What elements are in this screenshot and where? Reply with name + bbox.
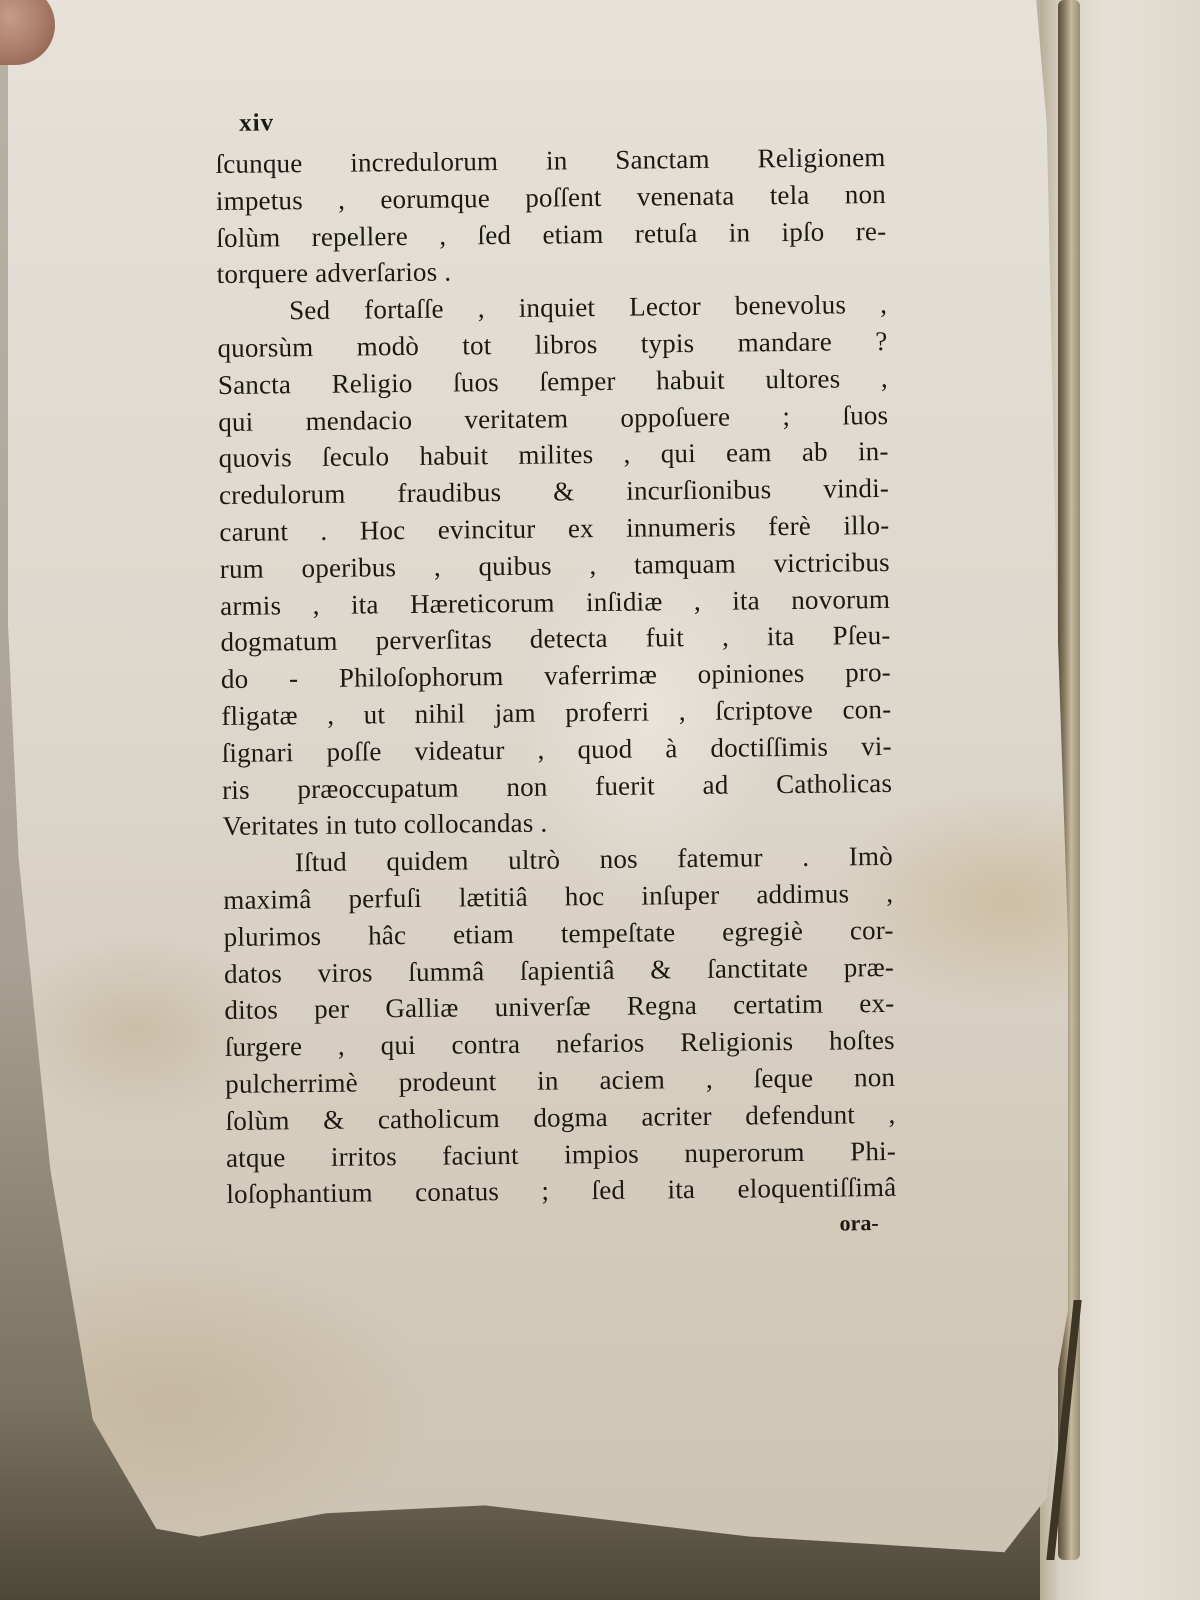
page-number: xiv <box>239 103 885 140</box>
text-line: Sancta Religio ſuos ſemper habuit ultore… <box>218 360 888 404</box>
paragraphs: ſcunque incredulorum in Sanctam Religion… <box>215 139 896 1213</box>
text-line: loſophantium conatus ; ſed ita eloquenti… <box>226 1169 896 1213</box>
text-line: ſolùm repellere , ſed etiam retuſa in ip… <box>216 213 886 257</box>
text-line: plurimos hâc etiam tempeſtate egregiè co… <box>223 912 893 956</box>
paragraph: Iſtud quidem ultrò nos fatemur . Imòmaxi… <box>223 838 897 1213</box>
paragraph: ſcunque incredulorum in Sanctam Religion… <box>215 139 887 293</box>
text-line: rum operibus , quibus , tamquam victrici… <box>220 544 890 588</box>
paragraph: Sed fortaſſe , inquiet Lector benevolus … <box>217 286 893 845</box>
text-line: ris præoccupatum non fuerit ad Catholica… <box>222 764 892 808</box>
text-line: ſignari poſſe videatur , quod à doctiſſi… <box>222 728 892 772</box>
page-text: xiv ſcunque incredulorum in Sanctam Reli… <box>215 103 897 1243</box>
text-line: ſolùm & catholicum dogma acriter defendu… <box>225 1096 895 1140</box>
